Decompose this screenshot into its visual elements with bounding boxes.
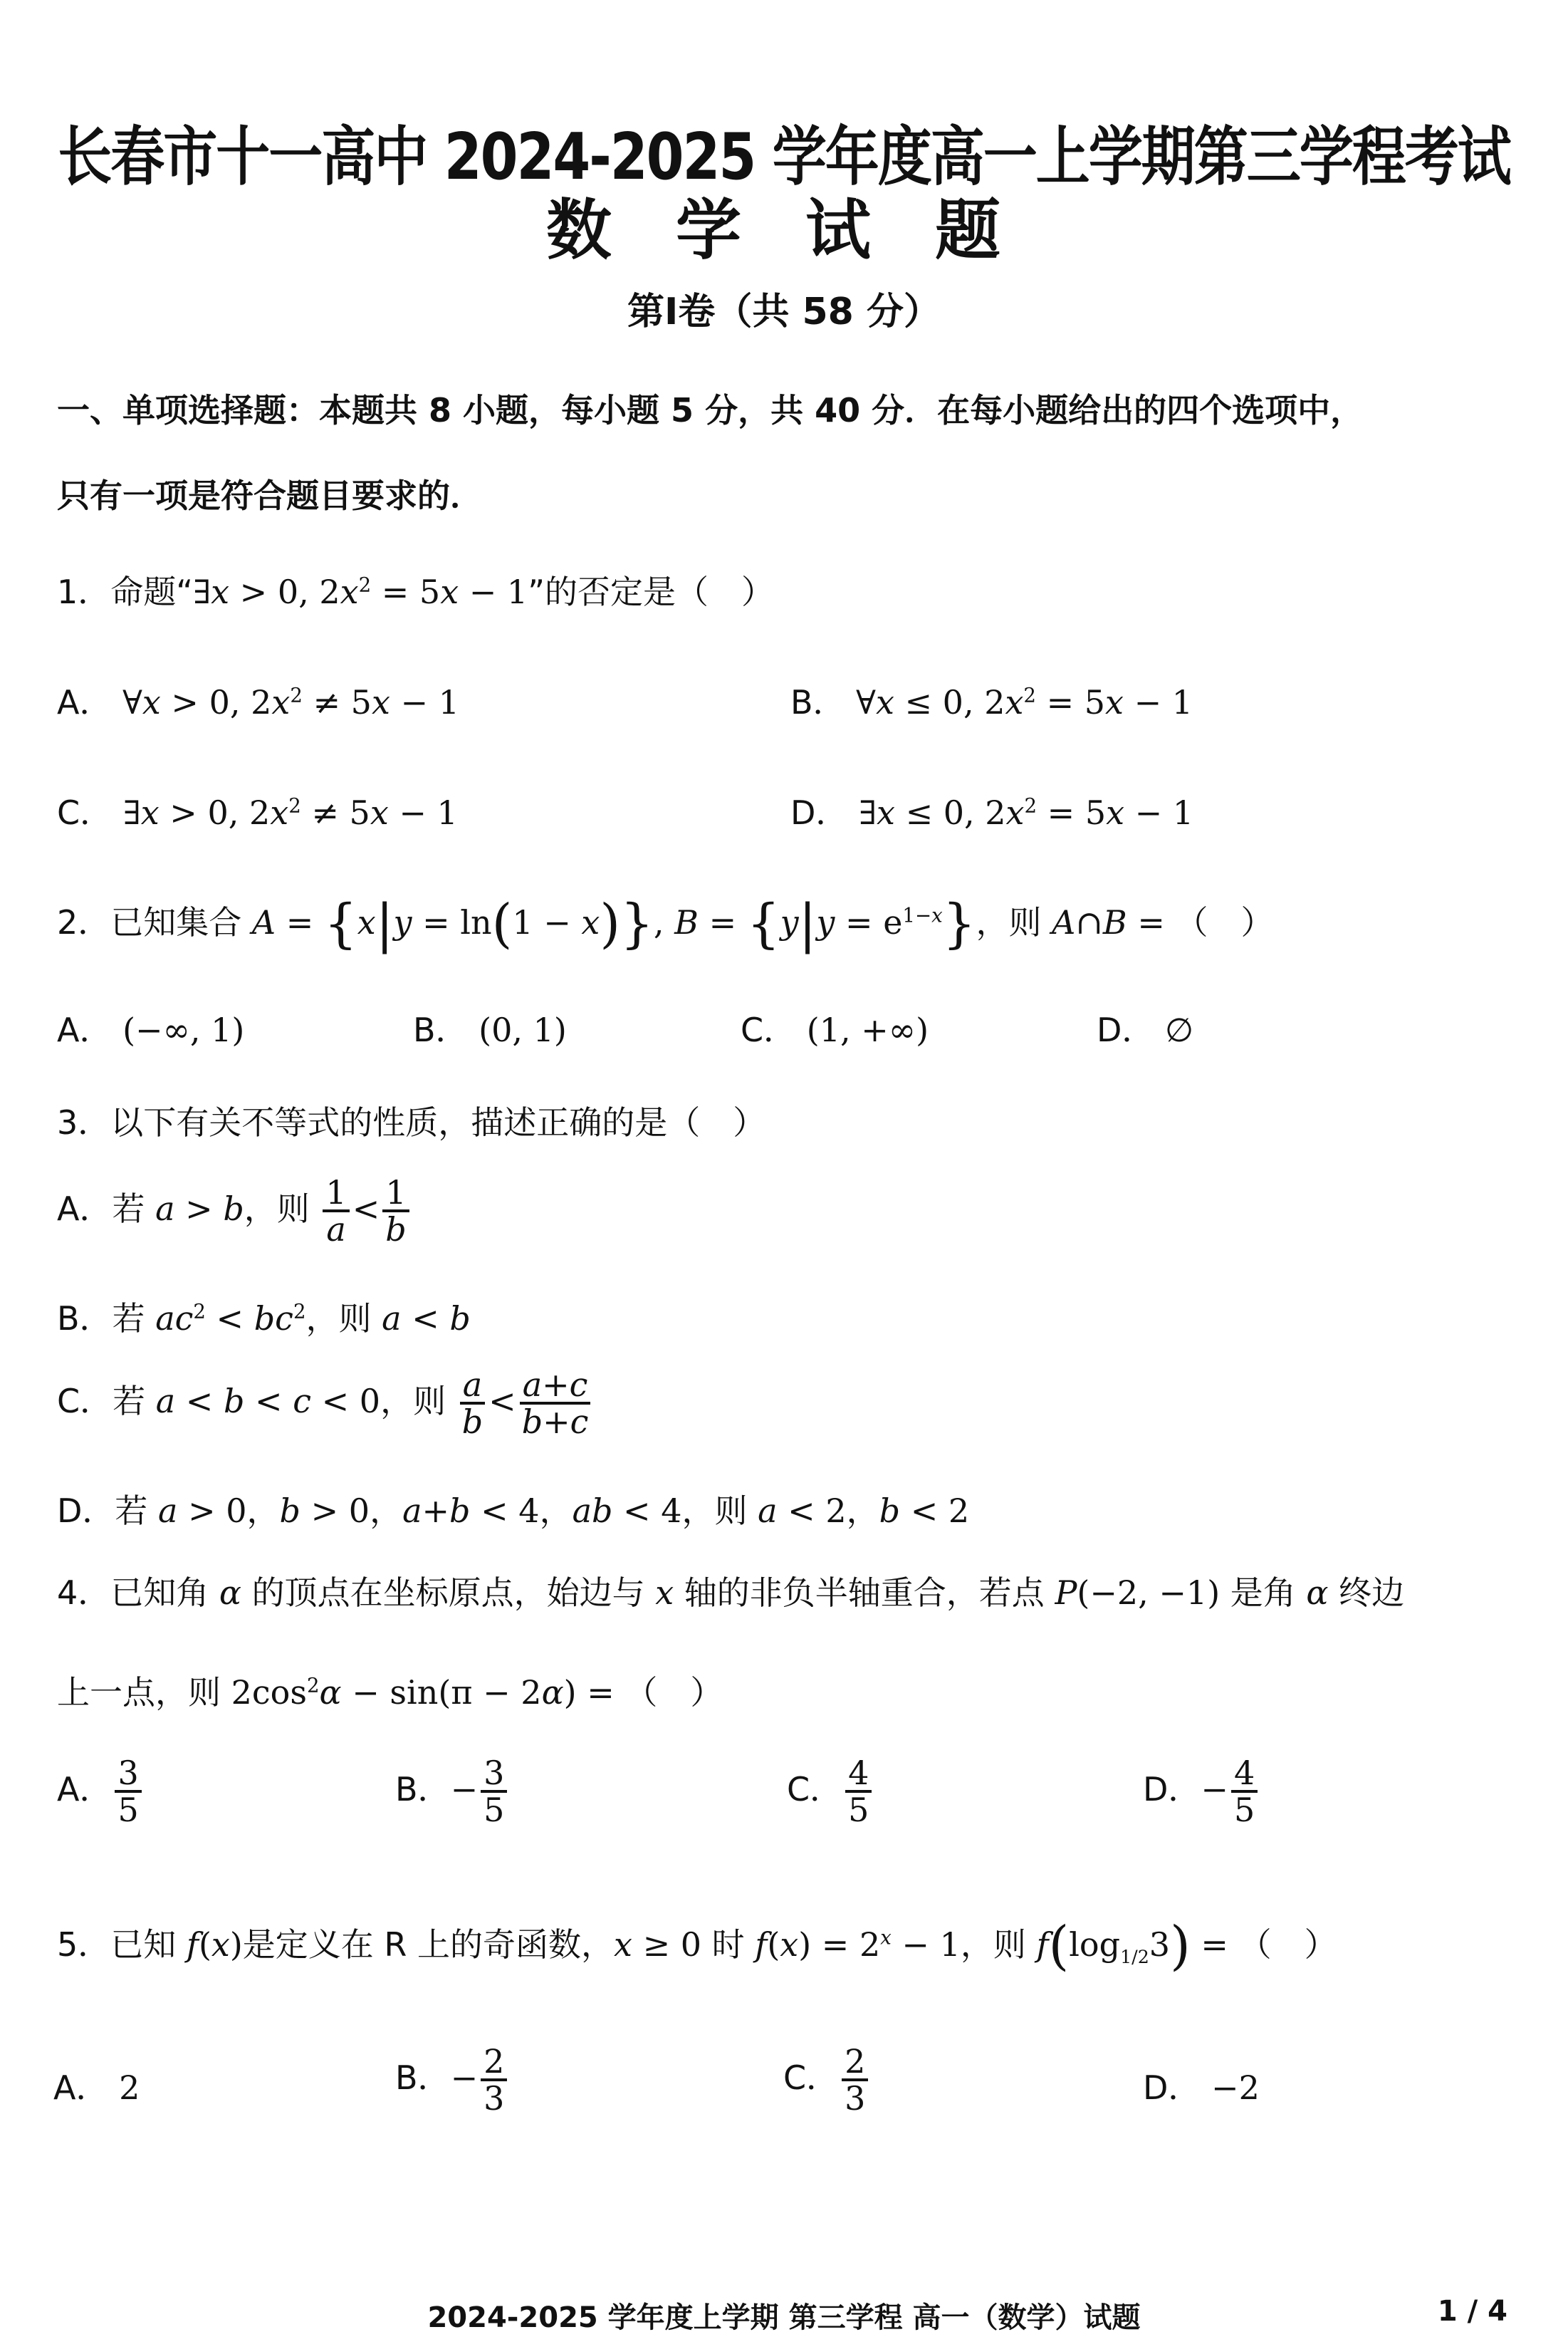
question-3-option-c[interactable]: C．若 a < b < c < 0，则 ab<a+cb+c — [57, 1368, 594, 1440]
question-5-option-b[interactable]: B．−23 — [395, 2044, 510, 2116]
section-instructions-line1: 一、单项选择题：本题共 8 小题，每小题 5 分，共 40 分．在每小题给出的四… — [57, 385, 1363, 432]
question-3-option-d[interactable]: D．若 a > 0，b > 0，a+b < 4，ab < 4，则 a < 2，b… — [57, 1485, 969, 1532]
question-2-option-b[interactable]: B． (0, 1) — [413, 1004, 567, 1051]
question-4-option-a[interactable]: A．35 — [57, 1756, 145, 1828]
question-5-stem: 5．已知 f(x)是定义在 R 上的奇函数，x ≥ 0 时 f(x) = 2x … — [57, 1916, 1337, 1977]
question-2-option-d[interactable]: D． ∅ — [1097, 1004, 1193, 1051]
question-4-stem-line2: 上一点，则 2cos2α − sin(π − 2α) = （ ） — [57, 1667, 723, 1714]
question-3-option-b[interactable]: B．若 ac2 < bc2，则 a < b — [57, 1293, 471, 1340]
question-2-stem: 2．已知集合 A = {x|y = ln(1 − x)}, B = {y|y =… — [57, 894, 1274, 954]
question-4-stem-line1: 4．已知角 α 的顶点在坐标原点，始边与 x 轴的非负半轴重合，若点 P(−2,… — [57, 1567, 1404, 1614]
question-3-option-a[interactable]: A．若 a > b，则 1a<1b — [57, 1175, 412, 1247]
question-5-option-c[interactable]: C．23 — [783, 2044, 871, 2116]
page-number: 1 / 4 — [1438, 2295, 1507, 2328]
question-2-option-c[interactable]: C． (1, +∞) — [741, 1004, 929, 1051]
page-footer: 2024-2025 学年度上学期 第三学程 高一（数学）试题 — [0, 2295, 1568, 2332]
question-1-stem: 1．命题“∃x > 0, 2x2 = 5x − 1”的否定是（ ） — [57, 566, 774, 613]
question-1-option-a[interactable]: A． ∀x > 0, 2x2 ≠ 5x − 1 — [57, 677, 459, 724]
question-4-option-c[interactable]: C．45 — [787, 1756, 874, 1828]
question-5-option-d[interactable]: D． −2 — [1143, 2062, 1260, 2109]
section-instructions-line2: 只有一项是符合题目要求的． — [57, 470, 483, 517]
question-1-option-c[interactable]: C． ∃x > 0, 2x2 ≠ 5x − 1 — [57, 787, 458, 834]
question-1-option-d[interactable]: D． ∃x ≤ 0, 2x2 = 5x − 1 — [790, 787, 1193, 834]
exam-subject-title: 数学试题 — [0, 178, 1568, 272]
question-number: 1． — [57, 573, 110, 611]
question-5-option-a[interactable]: A． 2 — [53, 2062, 140, 2109]
question-4-option-b[interactable]: B．−35 — [395, 1756, 510, 1828]
question-3-stem: 3．以下有关不等式的性质，描述正确的是（ ） — [57, 1097, 765, 1144]
question-2-option-a[interactable]: A． (−∞, 1) — [57, 1004, 244, 1051]
question-1-option-b[interactable]: B． ∀x ≤ 0, 2x2 = 5x − 1 — [790, 677, 1193, 724]
volume-heading: 第Ⅰ卷（共 58 分） — [0, 281, 1568, 335]
question-4-option-d[interactable]: D．−45 — [1143, 1756, 1260, 1828]
